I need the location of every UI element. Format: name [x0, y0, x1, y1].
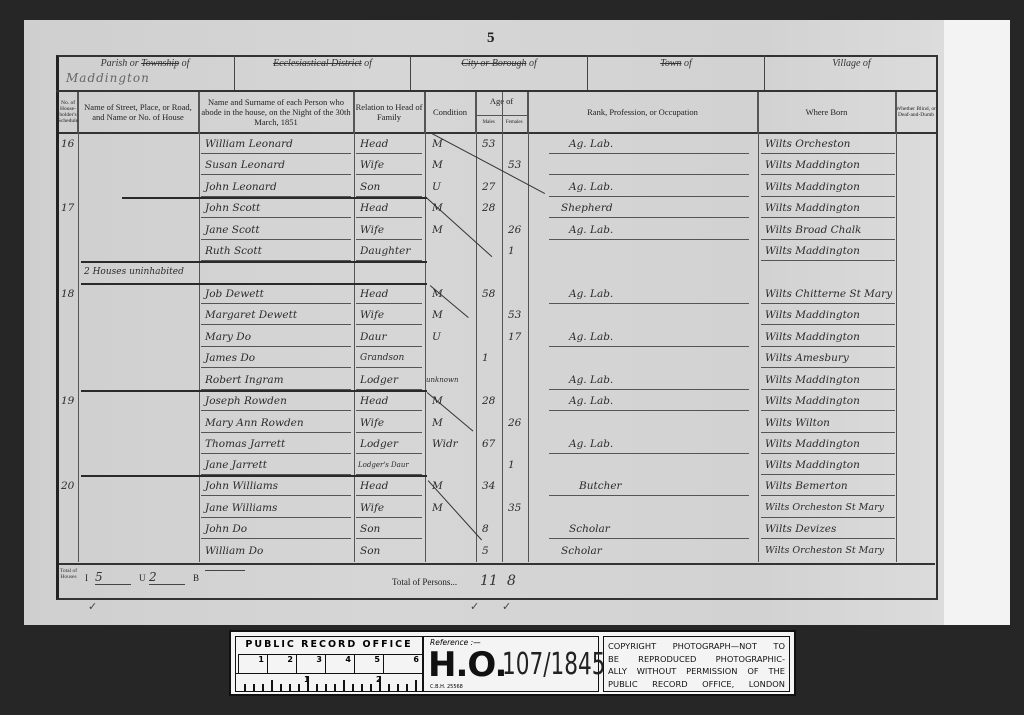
- female-age-cell: 1: [505, 455, 529, 475]
- region-field-village: Village of: [765, 55, 938, 90]
- pro-title: PUBLIC RECORD OFFICE: [236, 639, 422, 650]
- where-born-cell: Wilts Maddington: [761, 155, 895, 175]
- street-cell: 2 Houses uninhabited: [81, 262, 199, 282]
- name-cell: Mary Ann Rowden: [201, 413, 351, 433]
- ruler-cm-mark: 2: [267, 654, 296, 673]
- region-field-ecclesiastical: Ecclesiastical District of: [235, 55, 411, 90]
- table-row: Ruth Scott Daughter 1 Wilts Maddington: [59, 241, 935, 261]
- relation-cell: Lodger's Daur: [356, 455, 422, 475]
- condition-cell: M: [428, 413, 476, 433]
- region-header: Parish or Township of Maddington Ecclesi…: [56, 55, 938, 92]
- name-cell: John Williams: [201, 476, 351, 496]
- relation-cell: Head: [356, 284, 422, 304]
- table-row: Jane Jarrett Lodger's Daur 1 Wilts Maddi…: [59, 455, 935, 475]
- ruler-cm-mark: 1: [238, 654, 267, 673]
- reference-box: Reference :— H.O. 107/1845 C.B.H. 25568: [423, 636, 599, 692]
- female-age-cell: [505, 134, 529, 154]
- table-row: Thomas Jarrett Lodger Widr 67 Ag. Lab. W…: [59, 434, 935, 454]
- region-label-struck: City or Borough: [461, 58, 526, 69]
- relation-cell: Daur: [356, 327, 422, 347]
- where-born-cell: Wilts Devizes: [761, 519, 895, 539]
- relation-cell: Grandson: [356, 348, 422, 368]
- where-born-cell: Wilts Wilton: [761, 413, 895, 433]
- male-age-cell: 27: [479, 177, 503, 197]
- ruler-cm-mark: 3: [296, 654, 325, 673]
- region-label-suffix: of: [682, 58, 692, 69]
- occupation-cell: Scholar: [549, 519, 749, 539]
- total-persons-label: Total of Persons...: [392, 577, 457, 587]
- table-row: Robert Ingram Lodger unknown Ag. Lab. Wi…: [59, 370, 935, 390]
- where-born-cell: Wilts Broad Chalk: [761, 220, 895, 240]
- female-age-cell: 35: [505, 498, 529, 518]
- female-age-cell: [505, 391, 529, 411]
- female-age-cell: [505, 476, 529, 496]
- header-condition: Condition: [425, 92, 476, 134]
- region-label-prefix: Parish or: [101, 58, 142, 69]
- occupation-cell: Butcher: [549, 476, 749, 496]
- occupation-cell: Ag. Lab.: [549, 391, 749, 411]
- uninhabited-count: 2: [149, 570, 185, 585]
- where-born-cell: Wilts Maddington: [761, 177, 895, 197]
- occupation-cell: Ag. Lab.: [549, 134, 749, 154]
- check-mark: ✓: [470, 600, 479, 613]
- table-row: Mary Ann Rowden Wife M 26 Wilts Wilton: [59, 413, 935, 433]
- where-born-cell: Wilts Chitterne St Mary: [761, 284, 895, 304]
- where-born-cell: Wilts Maddington: [761, 370, 895, 390]
- male-age-cell: 67: [479, 434, 503, 454]
- total-houses-label: Total of Houses: [59, 568, 78, 580]
- region-label-suffix: of: [362, 58, 372, 69]
- table-row: James Do Grandson 1 Wilts Amesbury: [59, 348, 935, 368]
- relation-cell: Head: [356, 134, 422, 154]
- copyright-line: BE REPRODUCED PHOTOGRAPHIC-: [608, 653, 785, 666]
- totals-row: Total of Houses I 5 U 2 B Total of Perso…: [59, 563, 935, 598]
- reference-code: C.B.H. 25568: [430, 684, 463, 690]
- region-field-town: Town of: [588, 55, 765, 90]
- page-margin-edge: [944, 20, 1010, 625]
- where-born-cell: Wilts Amesbury: [761, 348, 895, 368]
- table-row: 16 William Leonard Head M 53 Ag. Lab. Wi…: [59, 134, 935, 154]
- relation-cell: Lodger: [356, 370, 422, 390]
- relation-cell: Son: [356, 177, 422, 197]
- table-row: Mary Do Daur U 17 Ag. Lab. Wilts Madding…: [59, 327, 935, 347]
- male-age-cell: 53: [479, 134, 503, 154]
- region-label: Village of: [832, 58, 870, 69]
- female-age-cell: 53: [505, 305, 529, 325]
- where-born-cell: Wilts Maddington: [761, 455, 895, 475]
- total-females: 8: [507, 573, 516, 589]
- female-age-cell: [505, 434, 529, 454]
- relation-cell: Son: [356, 541, 422, 561]
- where-born-cell: Wilts Maddington: [761, 241, 895, 261]
- inhabited-count: 5: [95, 570, 131, 585]
- male-age-cell: [479, 327, 503, 347]
- occupation-cell: Shepherd: [549, 198, 749, 218]
- condition-cell: M: [428, 284, 476, 304]
- table-row-uninhabited: 2 Houses uninhabited: [59, 262, 935, 282]
- table-row: 20 John Williams Head M 34 Butcher Wilts…: [59, 476, 935, 496]
- where-born-cell: Wilts Orcheston St Mary: [761, 541, 895, 561]
- occupation-cell: Ag. Lab.: [549, 327, 749, 347]
- scale-ruler: PUBLIC RECORD OFFICE 1 2 3 4 5 6 1 2: [235, 636, 423, 692]
- condition-cell: M: [428, 305, 476, 325]
- male-age-cell: 1: [479, 348, 503, 368]
- female-age-cell: 53: [505, 155, 529, 175]
- male-age-cell: 28: [479, 198, 503, 218]
- female-age-cell: 26: [505, 413, 529, 433]
- where-born-cell: Wilts Orcheston St Mary: [761, 498, 895, 518]
- ruler-cm-mark: 5: [354, 654, 383, 673]
- occupation-cell: Ag. Lab.: [549, 177, 749, 197]
- where-born-cell: Wilts Maddington: [761, 198, 895, 218]
- occupation-cell: Scholar: [549, 541, 749, 561]
- male-age-cell: [479, 220, 503, 240]
- male-age-cell: 5: [479, 541, 503, 561]
- table-row: Susan Leonard Wife M 53 Wilts Maddington: [59, 155, 935, 175]
- name-cell: Margaret Dewett: [201, 305, 351, 325]
- occupation-cell: [549, 155, 749, 175]
- table-row: 17 John Scott Head M 28 Shepherd Wilts M…: [59, 198, 935, 218]
- page-number: 5: [487, 30, 495, 47]
- occupation-cell: Ag. Lab.: [549, 370, 749, 390]
- name-cell: Jane Jarrett: [201, 455, 351, 475]
- occupation-cell: Ag. Lab.: [549, 434, 749, 454]
- occupation-cell: Ag. Lab.: [549, 284, 749, 304]
- female-age-cell: 17: [505, 327, 529, 347]
- header-where-born: Where Born: [758, 92, 896, 134]
- condition-cell: M: [428, 155, 476, 175]
- table-row: 19 Joseph Rowden Head M 28 Ag. Lab. Wilt…: [59, 391, 935, 411]
- header-occupation: Rank, Profession, or Occupation: [528, 92, 758, 134]
- name-cell: Thomas Jarrett: [201, 434, 351, 454]
- name-cell: Susan Leonard: [201, 155, 351, 175]
- header-name: Name and Surname of each Person who abod…: [199, 92, 354, 134]
- relation-cell: Wife: [356, 155, 422, 175]
- header-age-females: Females: [502, 115, 528, 130]
- name-cell: Joseph Rowden: [201, 391, 351, 411]
- table-row: John Leonard Son U 27 Ag. Lab. Wilts Mad…: [59, 177, 935, 197]
- header-age-males: Males: [476, 115, 503, 130]
- check-mark: ✓: [502, 600, 511, 613]
- header-street: Name of Street, Place, or Road, and Name…: [78, 92, 199, 134]
- where-born-cell: Wilts Bemerton: [761, 476, 895, 496]
- check-mark: ✓: [88, 600, 97, 613]
- name-cell: Jane Williams: [201, 498, 351, 518]
- ruler-inches: 1 2: [236, 673, 422, 692]
- schedule-cell: 18: [61, 284, 78, 304]
- male-age-cell: 8: [479, 519, 503, 539]
- condition-cell: U: [428, 177, 476, 197]
- female-age-cell: [505, 284, 529, 304]
- building-count: [205, 570, 245, 571]
- male-age-cell: 28: [479, 391, 503, 411]
- name-cell: Robert Ingram: [201, 370, 351, 390]
- female-age-cell: 26: [505, 220, 529, 240]
- copyright-line: COPYRIGHT PHOTOGRAPH—NOT TO: [608, 640, 785, 653]
- male-age-cell: [479, 241, 503, 261]
- relation-cell: Daughter: [356, 241, 422, 261]
- condition-cell: unknown: [425, 370, 477, 390]
- where-born-cell: Wilts Maddington: [761, 434, 895, 454]
- where-born-cell: Wilts Maddington: [761, 391, 895, 411]
- region-field-parish: Parish or Township of Maddington: [56, 55, 235, 90]
- region-label-struck: Ecclesiastical District: [273, 58, 362, 69]
- relation-cell: Wife: [356, 413, 422, 433]
- relation-cell: Wife: [356, 305, 422, 325]
- table-row: Margaret Dewett Wife M 53 Wilts Maddingt…: [59, 305, 935, 325]
- inhabited-prefix: I: [85, 573, 88, 583]
- region-label-struck: Township: [141, 58, 179, 69]
- building-prefix: B: [193, 573, 199, 583]
- condition-cell: U: [428, 327, 476, 347]
- header-schedule: No. of House-holder's Schedule: [59, 92, 78, 134]
- name-cell: William Do: [201, 541, 351, 561]
- where-born-cell: Wilts Orcheston: [761, 134, 895, 154]
- female-age-cell: 1: [505, 241, 529, 261]
- condition-cell: [428, 241, 476, 261]
- name-cell: Ruth Scott: [201, 241, 351, 261]
- ruler-cm-mark: 4: [325, 654, 354, 673]
- schedule-cell: 17: [61, 198, 78, 218]
- relation-cell: Head: [356, 391, 422, 411]
- public-record-office-strip: PUBLIC RECORD OFFICE 1 2 3 4 5 6 1 2 Ref…: [229, 630, 796, 696]
- reference-number: 107/1845: [502, 647, 605, 682]
- table-row: Jane Scott Wife M 26 Ag. Lab. Wilts Broa…: [59, 220, 935, 240]
- table-row: Jane Williams Wife M 35 Wilts Orcheston …: [59, 498, 935, 518]
- name-cell: John Do: [201, 519, 351, 539]
- header-relation: Relation to Head of Family: [354, 92, 425, 134]
- condition-cell: Widr: [428, 434, 476, 454]
- where-born-cell: Wilts Maddington: [761, 305, 895, 325]
- uninhabited-prefix: U: [139, 573, 146, 583]
- region-field-city: City or Borough of: [411, 55, 588, 90]
- condition-cell: M: [428, 476, 476, 496]
- condition-cell: M: [428, 198, 476, 218]
- name-cell: Job Dewett: [201, 284, 351, 304]
- ruler-cm-mark: 6: [383, 654, 422, 673]
- relation-cell: Wife: [356, 220, 422, 240]
- header-blind: Whether Blind, or Deaf-and-Dumb: [896, 92, 936, 134]
- male-age-cell: [479, 305, 503, 325]
- relation-cell: Wife: [356, 498, 422, 518]
- table-row: 18 Job Dewett Head M 58 Ag. Lab. Wilts C…: [59, 284, 935, 304]
- name-cell: John Leonard: [201, 177, 351, 197]
- female-age-cell: [505, 198, 529, 218]
- relation-cell: Head: [356, 198, 422, 218]
- male-age-cell: [479, 498, 503, 518]
- male-age-cell: 58: [479, 284, 503, 304]
- name-cell: Jane Scott: [201, 220, 351, 240]
- where-born-cell: Wilts Maddington: [761, 327, 895, 347]
- relation-cell: Head: [356, 476, 422, 496]
- name-cell: John Scott: [201, 198, 351, 218]
- name-cell: Mary Do: [201, 327, 351, 347]
- total-males: 11: [480, 573, 498, 589]
- name-cell: James Do: [201, 348, 351, 368]
- schedule-cell: 19: [61, 391, 78, 411]
- table-row: John Do Son 8 Scholar Wilts Devizes: [59, 519, 935, 539]
- occupation-cell: Ag. Lab.: [549, 220, 749, 240]
- parish-value: Maddington: [66, 71, 150, 85]
- schedule-cell: 20: [61, 476, 78, 496]
- name-cell: William Leonard: [201, 134, 351, 154]
- male-age-cell: 34: [479, 476, 503, 496]
- copyright-line: PUBLIC RECORD OFFICE, LONDON: [608, 678, 785, 691]
- relation-cell: Lodger: [356, 434, 422, 454]
- region-label-suffix: of: [179, 58, 189, 69]
- relation-cell: Son: [356, 519, 422, 539]
- schedule-cell: 16: [61, 134, 78, 154]
- table-row: William Do Son 5 Scholar Wilts Orcheston…: [59, 541, 935, 561]
- male-age-cell: [479, 413, 503, 433]
- region-label-struck: Town: [660, 58, 681, 69]
- reference-prefix: H.O.: [428, 645, 506, 685]
- region-label-suffix: of: [526, 58, 536, 69]
- copyright-notice: COPYRIGHT PHOTOGRAPH—NOT TO BE REPRODUCE…: [603, 636, 790, 692]
- copyright-line: ALLY WITHOUT PERMISSION OF THE: [608, 665, 785, 678]
